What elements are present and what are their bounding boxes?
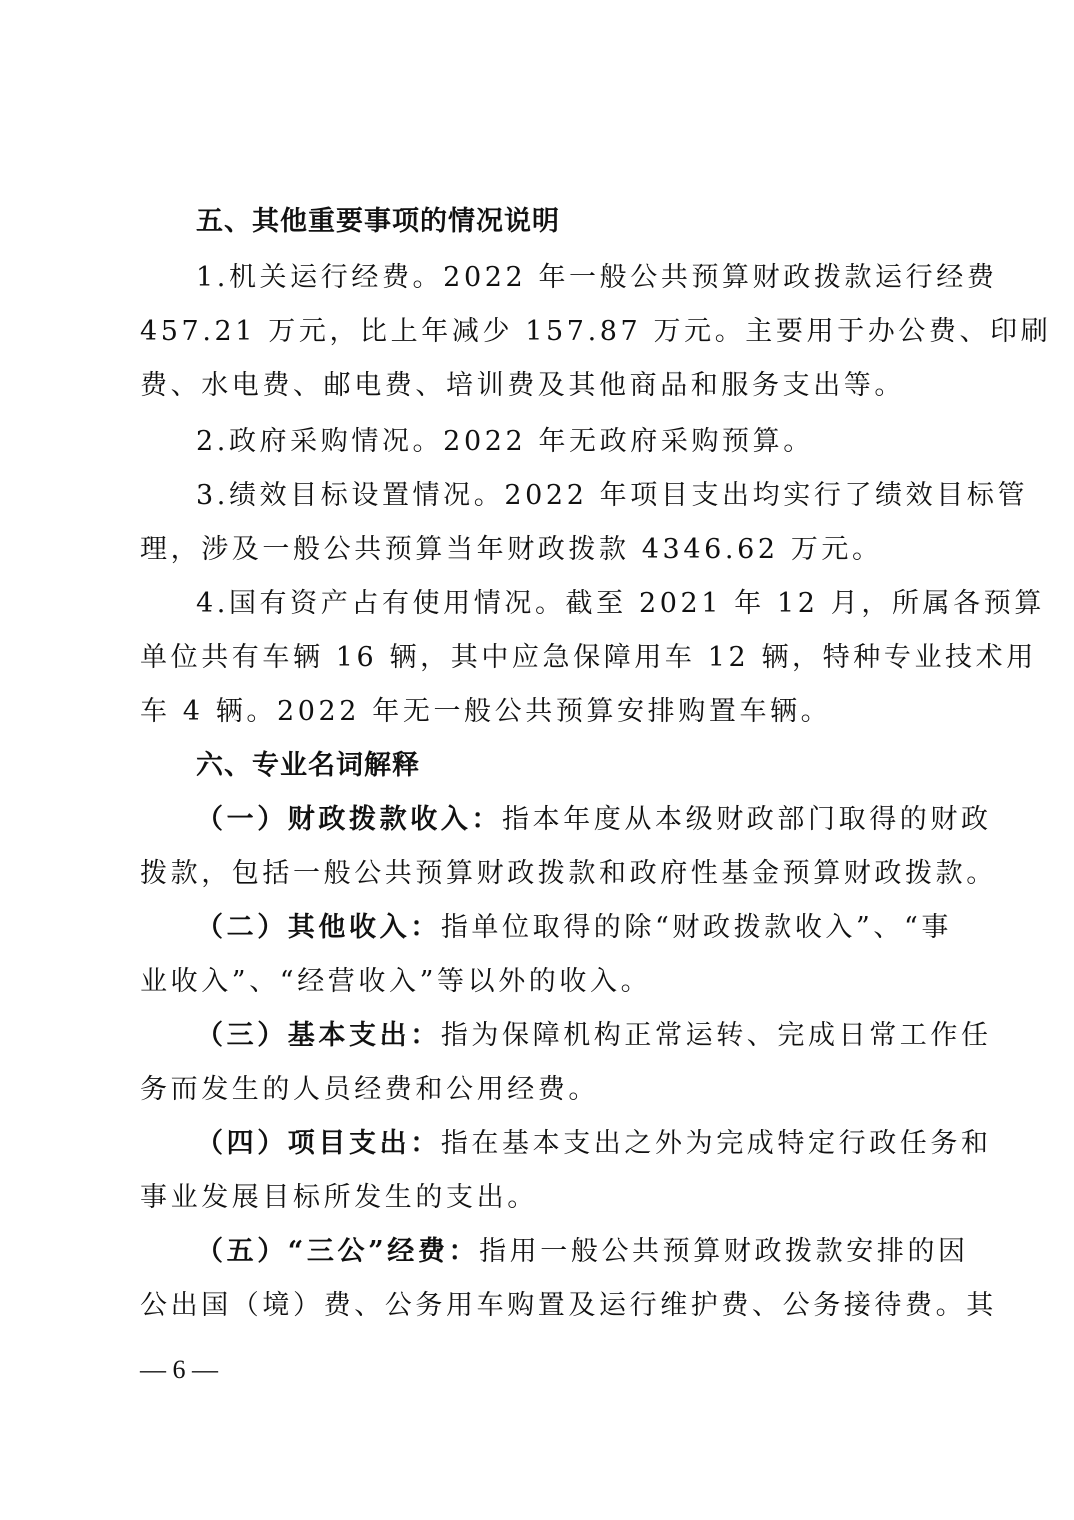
paragraph-line: 2.政府采购情况。2022 年无政府采购预算。 — [196, 424, 940, 460]
document-page: 五、其他重要事项的情况说明 1.机关运行经费。2022 年一般公共预算财政拨款运… — [0, 0, 1074, 1520]
term-text: 指用一般公共预算财政拨款安排的因 — [479, 1236, 969, 1267]
term-label: （五）“三公”经费： — [196, 1236, 479, 1267]
term-label: （三）基本支出： — [196, 1020, 441, 1051]
paragraph-line: 单位共有车辆 16 辆，其中应急保障用车 12 辆，特种专业技术用 — [140, 640, 940, 676]
term-text: 指单位取得的除“财政拨款收入”、“事 — [441, 912, 952, 943]
term-label: （四）项目支出： — [196, 1128, 441, 1159]
term-definition-line: （五）“三公”经费：指用一般公共预算财政拨款安排的因 — [196, 1234, 940, 1270]
paragraph-line: 拨款，包括一般公共预算财政拨款和政府性基金预算财政拨款。 — [140, 856, 940, 892]
paragraph-line: 务而发生的人员经费和公用经费。 — [140, 1072, 940, 1108]
paragraph-line: 车 4 辆。2022 年无一般公共预算安排购置车辆。 — [140, 694, 940, 730]
paragraph-line: 公出国（境）费、公务用车购置及运行维护费、公务接待费。其 — [140, 1288, 940, 1324]
paragraph-line: 3.绩效目标设置情况。2022 年项目支出均实行了绩效目标管 — [196, 478, 940, 514]
term-label: （二）其他收入： — [196, 912, 441, 943]
term-definition-line: （三）基本支出：指为保障机构正常运转、完成日常工作任 — [196, 1018, 940, 1054]
paragraph-line: 理，涉及一般公共预算当年财政拨款 4346.62 万元。 — [140, 532, 940, 568]
term-definition-line: （一）财政拨款收入：指本年度从本级财政部门取得的财政 — [196, 802, 940, 838]
paragraph-line: 4.国有资产占有使用情况。截至 2021 年 12 月，所属各预算 — [196, 586, 940, 622]
section-heading-6: 六、专业名词解释 — [196, 748, 940, 784]
term-label: （一）财政拨款收入： — [196, 804, 502, 835]
section-heading-5: 五、其他重要事项的情况说明 — [196, 204, 940, 240]
paragraph-line: 业收入”、“经营收入”等以外的收入。 — [140, 964, 940, 1000]
term-text: 指本年度从本级财政部门取得的财政 — [502, 804, 992, 835]
term-text: 指在基本支出之外为完成特定行政任务和 — [441, 1128, 992, 1159]
paragraph-line: 事业发展目标所发生的支出。 — [140, 1180, 940, 1216]
term-definition-line: （四）项目支出：指在基本支出之外为完成特定行政任务和 — [196, 1126, 940, 1162]
page-number: — 6 — — [140, 1352, 218, 1388]
paragraph-line: 费、水电费、邮电费、培训费及其他商品和服务支出等。 — [140, 368, 940, 404]
paragraph-line: 1.机关运行经费。2022 年一般公共预算财政拨款运行经费 — [196, 260, 940, 296]
term-text: 指为保障机构正常运转、完成日常工作任 — [441, 1020, 992, 1051]
term-definition-line: （二）其他收入：指单位取得的除“财政拨款收入”、“事 — [196, 910, 940, 946]
paragraph-line: 457.21 万元，比上年减少 157.87 万元。主要用于办公费、印刷 — [140, 314, 940, 350]
